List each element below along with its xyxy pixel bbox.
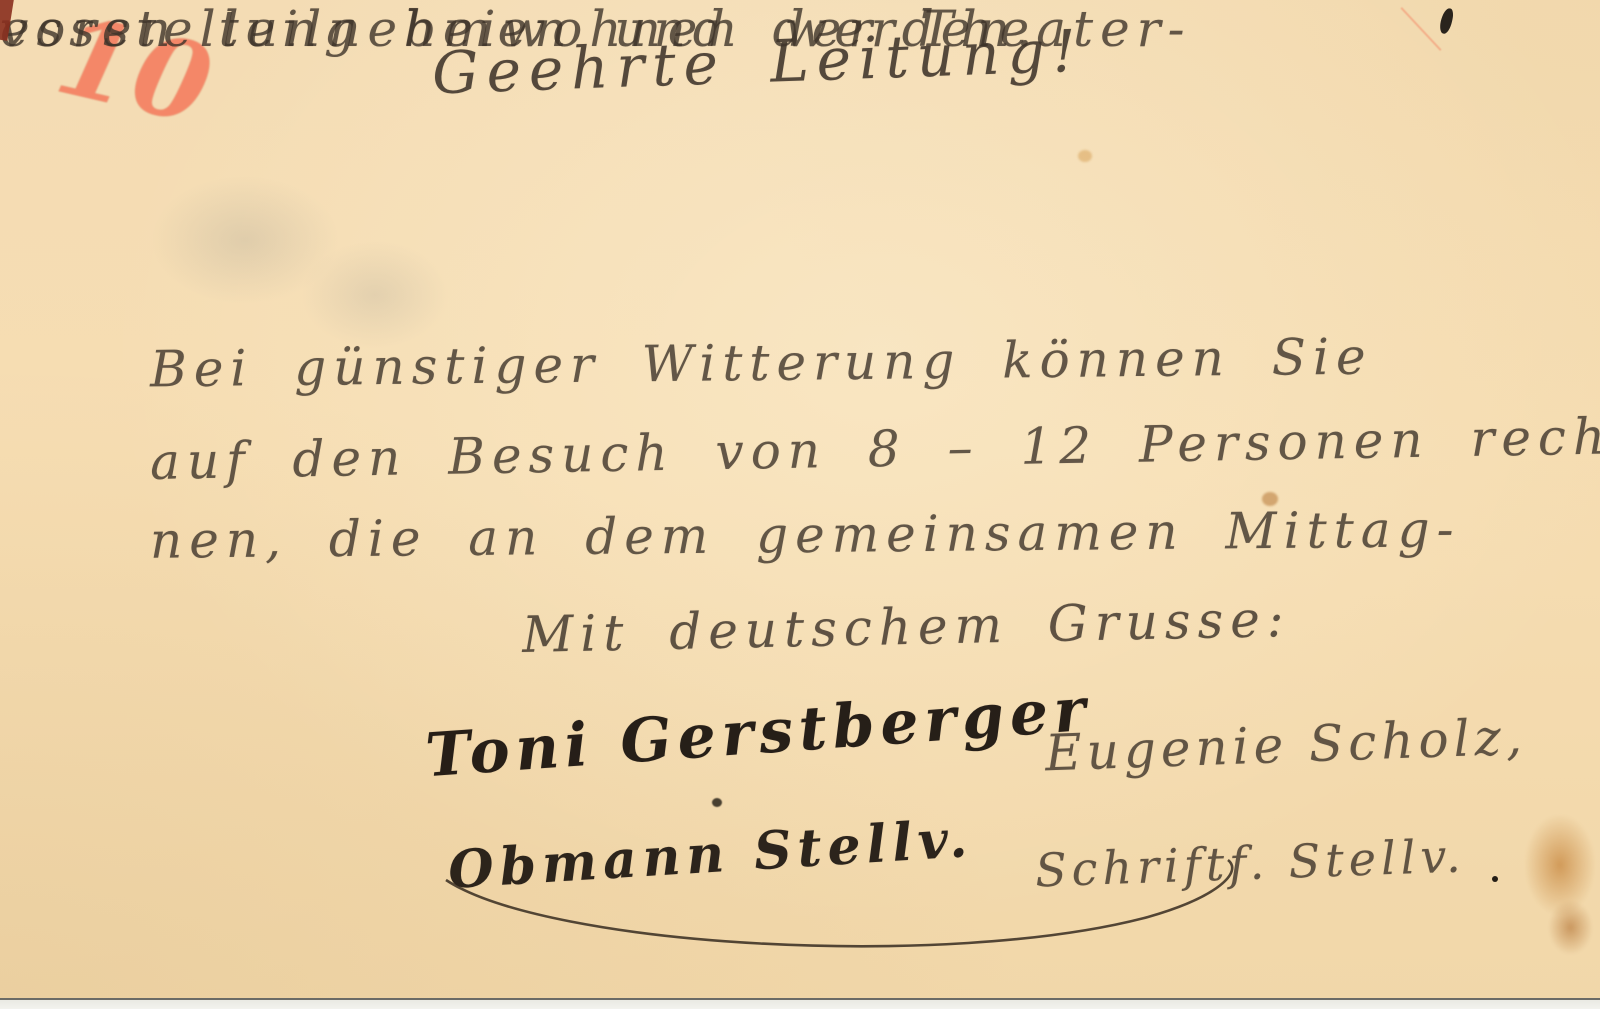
signature-right-name: Eugenie Scholz, [1044, 708, 1527, 783]
rust-stain [1548, 900, 1593, 955]
ink-speck [712, 798, 722, 807]
scan-edge [0, 998, 1600, 1009]
signature-left-name: Toni Gerstberger [423, 675, 1093, 791]
ink-blot [1438, 7, 1454, 35]
handwritten-postcard: 10 Geehrte Leitung! Bei günstiger Witter… [0, 0, 1600, 1009]
body-line-5: vorstellung beiwohnen werden. [0, 0, 1039, 58]
rust-spot [1078, 150, 1092, 162]
body-line-2: auf den Besuch von 8 – 12 Personen rech- [150, 407, 1600, 491]
rust-stain [1525, 815, 1595, 915]
ink-ghost-smudge [300, 240, 450, 350]
red-scratch-mark [1400, 7, 1441, 51]
ink-ghost-smudge [150, 175, 340, 305]
body-line-3: nen, die an dem gemeinsamen Mittag- [150, 500, 1461, 569]
ink-speck [1492, 876, 1498, 882]
signature-right-title: Schriftf. Stellv. [1034, 829, 1466, 898]
closing-salutation: Mit deutschem Grusse: [521, 590, 1291, 664]
body-line-1: Bei günstiger Witterung können Sie [150, 328, 1373, 399]
